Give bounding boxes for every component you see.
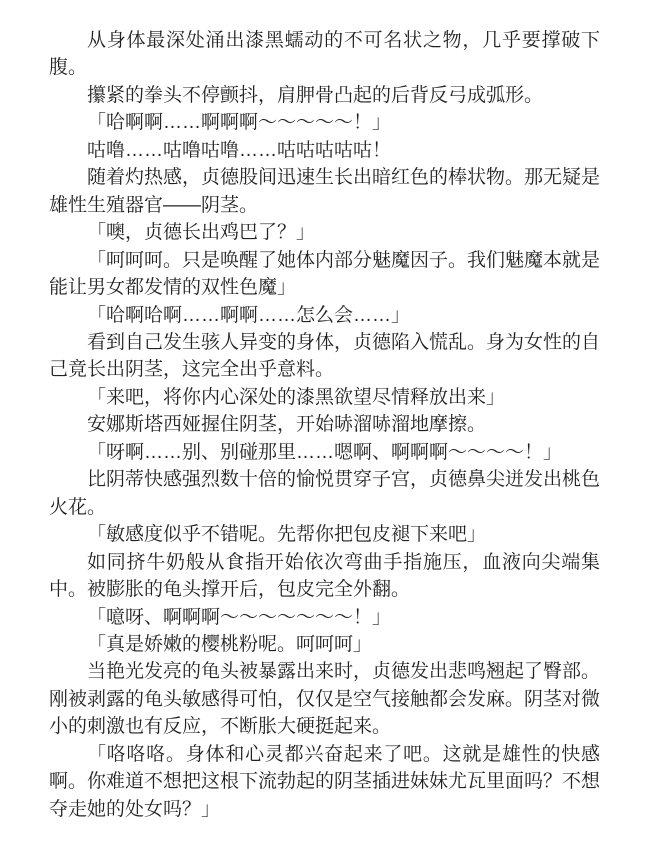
paragraph: 咕噜……咕噜咕噜……咕咕咕咕咕！ xyxy=(49,137,600,164)
novel-page: 从身体最深处涌出漆黑蠕动的不可名状之物，几乎要撑破下腹。攥紧的拳头不停颤抖，肩胛… xyxy=(0,0,650,850)
paragraph: 如同挤牛奶般从食指开始依次弯曲手指施压，血液向尖端集中。被膨胀的龟头撑开后，包皮… xyxy=(49,549,600,604)
paragraph: 当艳光发亮的龟头被暴露出来时，贞德发出悲鸣翘起了臀部。刚被剥露的龟头敏感得可怕，… xyxy=(49,658,600,740)
paragraph: 「呀啊……别、别碰那里……嗯啊、啊啊啊～～～～！」 xyxy=(49,439,600,466)
paragraph: 随着灼热感，贞德股间迅速生长出暗红色的棒状物。那无疑是雄性生殖器官——阴茎。 xyxy=(49,164,600,219)
paragraph: 安娜斯塔西娅握住阴茎，开始哧溜哧溜地摩擦。 xyxy=(49,411,600,438)
paragraph: 「噢，贞德长出鸡巴了？」 xyxy=(49,219,600,246)
paragraph: 「来吧，将你内心深处的漆黑欲望尽情释放出来」 xyxy=(49,384,600,411)
paragraph: 看到自己发生骇人异变的身体，贞德陷入慌乱。身为女性的自己竟长出阴茎，这完全出乎意… xyxy=(49,329,600,384)
paragraph: 攥紧的拳头不停颤抖，肩胛骨凸起的后背反弓成弧形。 xyxy=(49,82,600,109)
paragraph: 「噫呀、啊啊啊～～～～～～～！」 xyxy=(49,604,600,631)
novel-text-body: 从身体最深处涌出漆黑蠕动的不可名状之物，几乎要撑破下腹。攥紧的拳头不停颤抖，肩胛… xyxy=(49,27,600,823)
paragraph: 比阴蒂快感强烈数十倍的愉悦贯穿子宫，贞德鼻尖迸发出桃色火花。 xyxy=(49,466,600,521)
paragraph: 从身体最深处涌出漆黑蠕动的不可名状之物，几乎要撑破下腹。 xyxy=(49,27,600,82)
paragraph: 「真是娇嫩的樱桃粉呢。呵呵呵」 xyxy=(49,631,600,658)
paragraph: 「呵呵呵。只是唤醒了她体内部分魅魔因子。我们魅魔本就是能让男女都发情的双性色魔」 xyxy=(49,247,600,302)
paragraph: 「哈啊哈啊……啊啊……怎么会……」 xyxy=(49,302,600,329)
paragraph: 「哈啊啊……啊啊啊～～～～～！」 xyxy=(49,109,600,136)
paragraph: 「敏感度似乎不错呢。先帮你把包皮褪下来吧」 xyxy=(49,521,600,548)
paragraph: 「咯咯咯。身体和心灵都兴奋起来了吧。这就是雄性的快感啊。你难道不想把这根下流勃起… xyxy=(49,741,600,823)
